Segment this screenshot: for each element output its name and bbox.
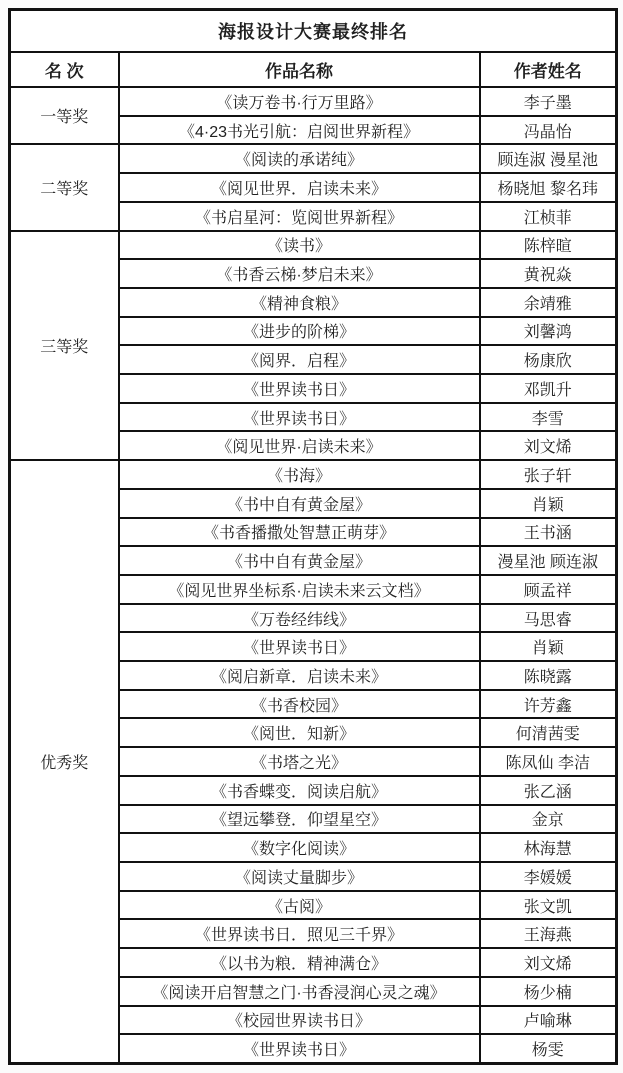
work-title-cell: 《书中自有黄金屋》	[119, 546, 480, 575]
work-title-cell: 《阅见世界．启读未来》	[119, 173, 480, 202]
author-name-cell: 李雪	[480, 403, 617, 432]
work-title-cell: 《世界读书日》	[119, 632, 480, 661]
table-row: 优秀奖《书海》张子轩	[10, 460, 617, 489]
author-name-cell: 杨晓旭 黎名玮	[480, 173, 617, 202]
rank-cell: 优秀奖	[10, 460, 119, 1063]
work-title-cell: 《阅读丈量脚步》	[119, 862, 480, 891]
author-name-cell: 陈梓暄	[480, 231, 617, 260]
author-name-cell: 卢喻琳	[480, 1006, 617, 1035]
author-name-cell: 刘馨鸿	[480, 317, 617, 346]
author-name-cell: 江桢菲	[480, 202, 617, 231]
table-title-row: 海报设计大赛最终排名	[10, 10, 617, 53]
column-header-rank: 名 次	[10, 52, 119, 87]
author-name-cell: 王海燕	[480, 919, 617, 948]
author-name-cell: 李媛媛	[480, 862, 617, 891]
author-name-cell: 漫星池 顾连淑	[480, 546, 617, 575]
work-title-cell: 《万卷经纬线》	[119, 604, 480, 633]
work-title-cell: 《世界读书日》	[119, 374, 480, 403]
author-name-cell: 张乙涵	[480, 776, 617, 805]
author-name-cell: 肖颖	[480, 632, 617, 661]
author-name-cell: 顾孟祥	[480, 575, 617, 604]
rank-cell: 三等奖	[10, 231, 119, 461]
work-title-cell: 《书海》	[119, 460, 480, 489]
author-name-cell: 刘文烯	[480, 948, 617, 977]
work-title-cell: 《书香蝶变．阅读启航》	[119, 776, 480, 805]
author-name-cell: 李子墨	[480, 87, 617, 116]
work-title-cell: 《阅见世界坐标系·启读未来云文档》	[119, 575, 480, 604]
author-name-cell: 刘文烯	[480, 431, 617, 460]
author-name-cell: 邓凯升	[480, 374, 617, 403]
author-name-cell: 马思睿	[480, 604, 617, 633]
ranking-table: 海报设计大赛最终排名 名 次 作品名称 作者姓名 一等奖《读万卷书·行万里路》李…	[8, 8, 618, 1065]
work-title-cell: 《阅世．知新》	[119, 718, 480, 747]
work-title-cell: 《世界读书日》	[119, 403, 480, 432]
work-title-cell: 《阅见世界·启读未来》	[119, 431, 480, 460]
author-name-cell: 顾连淑 漫星池	[480, 144, 617, 173]
author-name-cell: 黄祝焱	[480, 259, 617, 288]
work-title-cell: 《数字化阅读》	[119, 833, 480, 862]
work-title-cell: 《书香播撒处智慧正萌芽》	[119, 518, 480, 547]
author-name-cell: 王书涵	[480, 518, 617, 547]
work-title-cell: 《读万卷书·行万里路》	[119, 87, 480, 116]
table-header-row: 名 次 作品名称 作者姓名	[10, 52, 617, 87]
work-title-cell: 《书启星河：览阅世界新程》	[119, 202, 480, 231]
ranking-table-body: 一等奖《读万卷书·行万里路》李子墨《4·23书光引航：启阅世界新程》冯晶怡二等奖…	[10, 87, 617, 1064]
column-header-author: 作者姓名	[480, 52, 617, 87]
work-title-cell: 《书中自有黄金屋》	[119, 489, 480, 518]
table-row: 二等奖《阅读的承诺纯》顾连淑 漫星池	[10, 144, 617, 173]
work-title-cell: 《书香校园》	[119, 690, 480, 719]
work-title-cell: 《精神食粮》	[119, 288, 480, 317]
author-name-cell: 杨少楠	[480, 977, 617, 1006]
work-title-cell: 《进步的阶梯》	[119, 317, 480, 346]
work-title-cell: 《以书为粮．精神满仓》	[119, 948, 480, 977]
author-name-cell: 陈晓露	[480, 661, 617, 690]
work-title-cell: 《4·23书光引航：启阅世界新程》	[119, 116, 480, 145]
author-name-cell: 肖颖	[480, 489, 617, 518]
work-title-cell: 《读书》	[119, 231, 480, 260]
work-title-cell: 《阅界．启程》	[119, 345, 480, 374]
table-row: 一等奖《读万卷书·行万里路》李子墨	[10, 87, 617, 116]
author-name-cell: 林海慧	[480, 833, 617, 862]
work-title-cell: 《古阅》	[119, 891, 480, 920]
author-name-cell: 杨康欣	[480, 345, 617, 374]
author-name-cell: 余靖雅	[480, 288, 617, 317]
work-title-cell: 《阅读的承诺纯》	[119, 144, 480, 173]
work-title-cell: 《书香云梯·梦启未来》	[119, 259, 480, 288]
work-title-cell: 《书塔之光》	[119, 747, 480, 776]
work-title-cell: 《世界读书日》	[119, 1034, 480, 1063]
author-name-cell: 许芳鑫	[480, 690, 617, 719]
work-title-cell: 《阅启新章．启读未来》	[119, 661, 480, 690]
author-name-cell: 张文凯	[480, 891, 617, 920]
author-name-cell: 何清茜雯	[480, 718, 617, 747]
author-name-cell: 金京	[480, 805, 617, 834]
author-name-cell: 陈凤仙 李洁	[480, 747, 617, 776]
author-name-cell: 杨雯	[480, 1034, 617, 1063]
author-name-cell: 张子轩	[480, 460, 617, 489]
work-title-cell: 《阅读开启智慧之门·书香浸润心灵之魂》	[119, 977, 480, 1006]
table-row: 三等奖《读书》陈梓暄	[10, 231, 617, 260]
author-name-cell: 冯晶怡	[480, 116, 617, 145]
rank-cell: 一等奖	[10, 87, 119, 144]
work-title-cell: 《望远攀登．仰望星空》	[119, 805, 480, 834]
ranking-table-container: 海报设计大赛最终排名 名 次 作品名称 作者姓名 一等奖《读万卷书·行万里路》李…	[8, 8, 618, 1065]
column-header-work: 作品名称	[119, 52, 480, 87]
work-title-cell: 《校园世界读书日》	[119, 1006, 480, 1035]
rank-cell: 二等奖	[10, 144, 119, 230]
work-title-cell: 《世界读书日．照见三千界》	[119, 919, 480, 948]
table-title: 海报设计大赛最终排名	[10, 10, 617, 53]
